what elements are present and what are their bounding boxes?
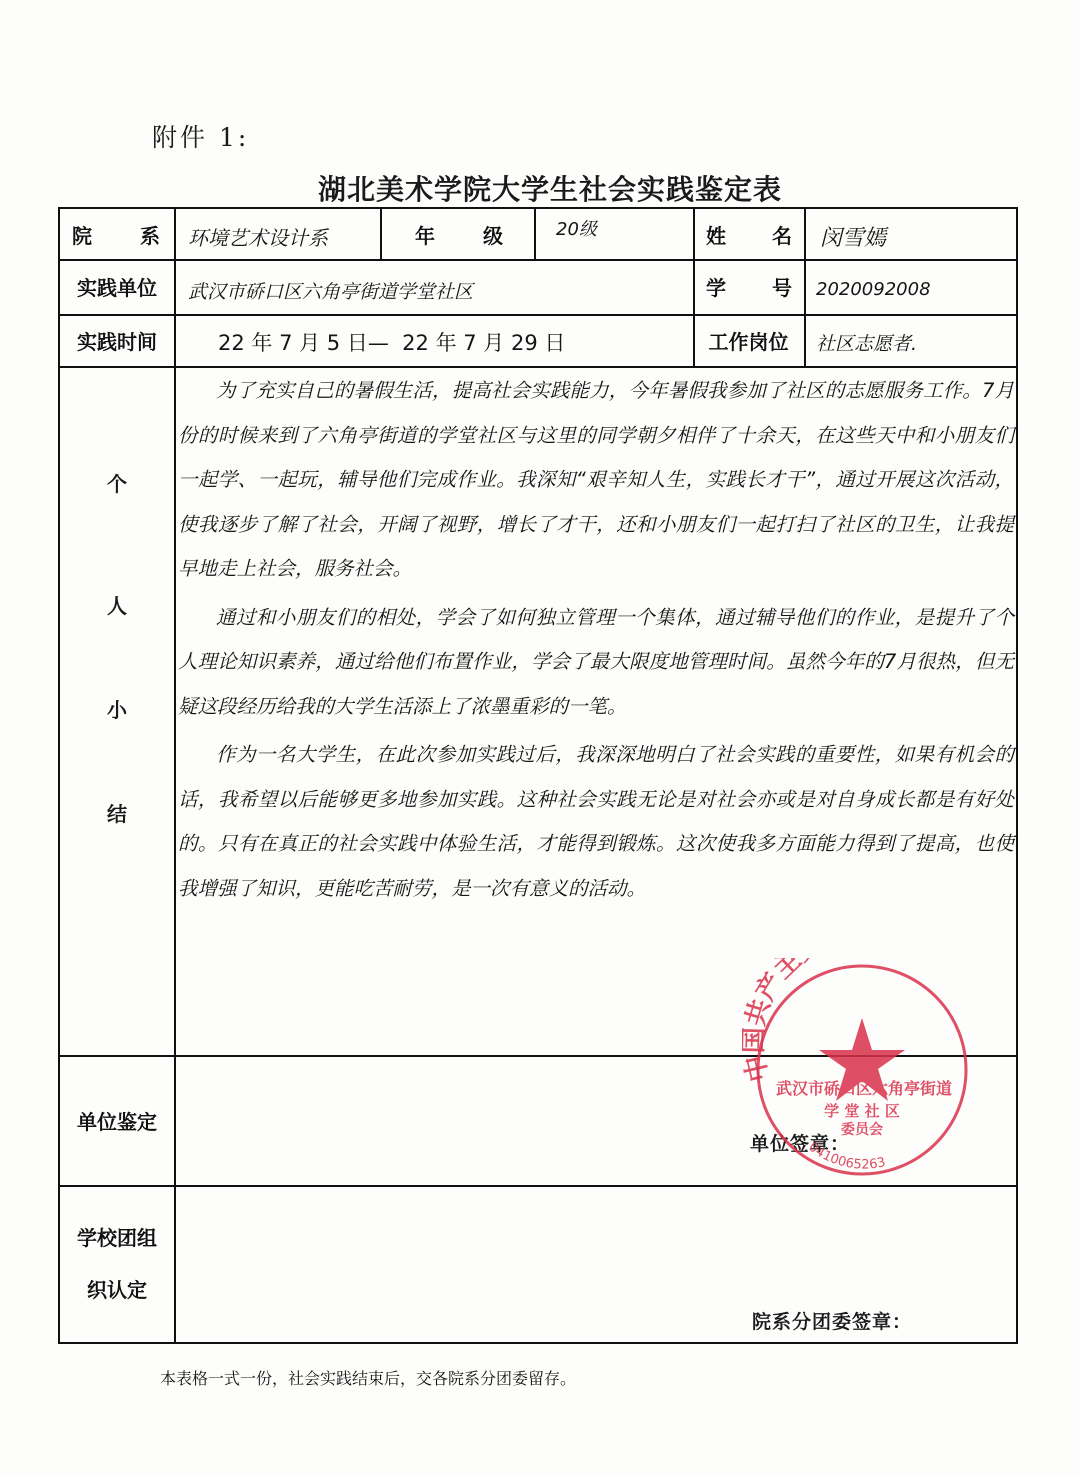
name-label-char: 名 bbox=[772, 220, 792, 249]
personal-summary-label: 个 人 小 结 bbox=[60, 369, 174, 866]
summary-label-char: 结 bbox=[60, 762, 174, 866]
school-signature-label: 院系分团委签章： bbox=[752, 1307, 912, 1334]
student-id-label-char: 学 bbox=[706, 272, 726, 301]
grade-value[interactable]: 20级 bbox=[556, 215, 597, 241]
footnote: 本表格一式一份，社会实践结束后，交各院系分团委留存。 bbox=[160, 1366, 576, 1389]
school-certification-line: 学校团组 bbox=[77, 1212, 157, 1264]
grade-label: 年 级 bbox=[415, 209, 503, 259]
unit-value[interactable]: 武汉市硚口区六角亭街道学堂社区 bbox=[188, 277, 473, 304]
time-value[interactable]: 22 年 7 月 5 日— 22 年 7 月 29 日 bbox=[218, 327, 565, 357]
unit-evaluation-field[interactable] bbox=[176, 1057, 1016, 1183]
name-label: 姓 名 bbox=[706, 209, 792, 259]
department-label-char: 院 bbox=[72, 220, 92, 249]
position-label: 工作岗位 bbox=[693, 314, 804, 366]
form-title: 湖北美术学院大学生社会实践鉴定表 bbox=[0, 168, 1080, 208]
summary-label-char: 个 bbox=[60, 369, 174, 554]
unit-label: 实践单位 bbox=[60, 259, 174, 314]
appraisal-form: 院 系 环境艺术设计系 年 级 20级 姓 名 闵雪嫣 实践单位 武汉市硚口区六… bbox=[58, 207, 1018, 1344]
attachment-label: 附件 1: bbox=[152, 118, 249, 154]
time-label: 实践时间 bbox=[60, 314, 174, 366]
student-id-value[interactable]: 2020092008 bbox=[816, 279, 931, 300]
grade-label-char: 年 bbox=[415, 220, 435, 249]
summary-paragraph: 通过和小朋友们的相处，学会了如何独立管理一个集体，通过辅导他们的作业，是提升了个… bbox=[178, 596, 1014, 730]
department-label: 院 系 bbox=[72, 209, 160, 259]
student-id-label-char: 号 bbox=[772, 272, 792, 301]
unit-evaluation-label: 单位鉴定 bbox=[60, 1055, 174, 1185]
summary-paragraph: 为了充实自己的暑假生活，提高社会实践能力，今年暑假我参加了社区的志愿服务工作。7… bbox=[178, 369, 1014, 592]
position-value[interactable]: 社区志愿者. bbox=[816, 329, 917, 356]
summary-label-char: 人 bbox=[60, 554, 174, 658]
student-id-label: 学 号 bbox=[706, 259, 792, 314]
personal-summary-text[interactable]: 为了充实自己的暑假生活，提高社会实践能力，今年暑假我参加了社区的志愿服务工作。7… bbox=[178, 369, 1014, 915]
name-value[interactable]: 闵雪嫣 bbox=[820, 221, 886, 252]
department-label-char: 系 bbox=[140, 220, 160, 249]
department-value[interactable]: 环境艺术设计系 bbox=[188, 222, 328, 251]
school-certification-line: 织认定 bbox=[87, 1264, 147, 1316]
summary-paragraph: 作为一名大学生，在此次参加实践过后，我深深地明白了社会实践的重要性，如果有机会的… bbox=[178, 733, 1014, 911]
summary-label-char: 小 bbox=[60, 658, 174, 762]
name-label-char: 姓 bbox=[706, 220, 726, 249]
grade-label-char: 级 bbox=[483, 220, 503, 249]
unit-signature-label: 单位签章： bbox=[750, 1129, 850, 1156]
school-certification-label: 学校团组 织认定 bbox=[60, 1185, 174, 1342]
